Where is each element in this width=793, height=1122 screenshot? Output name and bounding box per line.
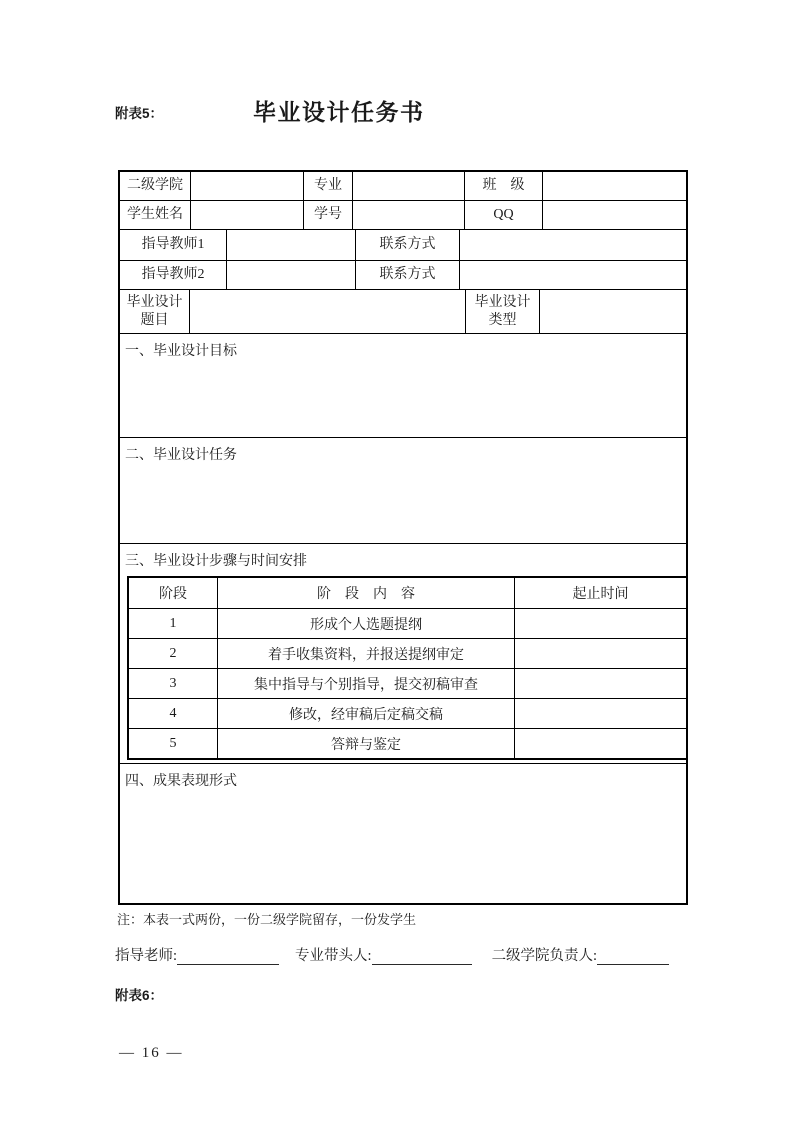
student-id-value — [352, 201, 464, 229]
major-value — [352, 172, 464, 200]
schedule-header-row: 阶段 阶 段 内 容 起止时间 — [129, 578, 686, 608]
next-appendix-label: 附表6： — [115, 984, 163, 1004]
qq-label: QQ — [464, 201, 542, 229]
stage-time — [514, 609, 686, 638]
stage-time — [514, 639, 686, 668]
contact2-value — [459, 261, 686, 289]
schedule-row-2: 2 着手收集资料，并报送提纲审定 — [129, 638, 686, 668]
advisor-signature-label: 指导老师: — [115, 944, 177, 965]
stage-number: 1 — [129, 609, 217, 638]
schedule-table: 阶段 阶 段 内 容 起止时间 1 形成个人选题提纲 2 着手收集资料，并报送提… — [127, 576, 688, 760]
advisor1-label: 指导教师1 — [120, 230, 226, 260]
college-label: 二级学院 — [120, 172, 190, 200]
stage-time — [514, 699, 686, 728]
stage-time — [514, 729, 686, 758]
stage-content: 答辩与鉴定 — [217, 729, 514, 758]
class-label: 班 级 — [464, 172, 542, 200]
section-result-title: 四、成果表现形式 — [125, 774, 237, 789]
section-goal-title: 一、毕业设计目标 — [125, 344, 237, 359]
qq-value — [542, 201, 686, 229]
task-form-table: 二级学院 专业 班 级 学生姓名 学号 QQ 指导教师1 联系方式 指导教师2 — [118, 170, 688, 905]
college-value — [190, 172, 303, 200]
schedule-header-content: 阶 段 内 容 — [217, 578, 514, 608]
contact1-value — [459, 230, 686, 260]
table-row-project: 毕业设计题目 毕业设计类型 — [120, 289, 686, 333]
schedule-row-3: 3 集中指导与个别指导，提交初稿审查 — [129, 668, 686, 698]
section-goal: 一、毕业设计目标 — [120, 333, 686, 437]
program-leader-signature-label: 专业带头人: — [295, 944, 372, 965]
class-value — [542, 172, 686, 200]
contact1-label: 联系方式 — [355, 230, 459, 260]
stage-content: 修改，经审稿后定稿交稿 — [217, 699, 514, 728]
table-row-advisor1: 指导教师1 联系方式 — [120, 229, 686, 260]
schedule-row-4: 4 修改，经审稿后定稿交稿 — [129, 698, 686, 728]
table-row-advisor2: 指导教师2 联系方式 — [120, 260, 686, 289]
stage-content: 集中指导与个别指导，提交初稿审查 — [217, 669, 514, 698]
stage-content: 着手收集资料，并报送提纲审定 — [217, 639, 514, 668]
advisor-signature-blank — [177, 949, 279, 965]
project-title-label: 毕业设计题目 — [120, 290, 189, 333]
advisor1-value — [226, 230, 355, 260]
schedule-row-1: 1 形成个人选题提纲 — [129, 608, 686, 638]
section-result: 四、成果表现形式 — [120, 763, 686, 903]
project-title-value — [189, 290, 465, 333]
signature-row: 指导老师: 专业带头人: 二级学院负责人: — [115, 944, 669, 965]
student-name-label: 学生姓名 — [120, 201, 190, 229]
student-name-value — [190, 201, 303, 229]
section-task: 二、毕业设计任务 — [120, 437, 686, 543]
page-title: 毕业设计任务书 — [253, 94, 425, 127]
student-id-label: 学号 — [303, 201, 352, 229]
appendix-label: 附表5： — [115, 102, 163, 122]
advisor2-value — [226, 261, 355, 289]
project-type-label: 毕业设计类型 — [465, 290, 539, 333]
college-head-signature-label: 二级学院负责人: — [492, 944, 598, 965]
schedule-header-time: 起止时间 — [514, 578, 686, 608]
section-task-title: 二、毕业设计任务 — [125, 448, 237, 463]
schedule-row-5: 5 答辩与鉴定 — [129, 728, 686, 758]
stage-content: 形成个人选题提纲 — [217, 609, 514, 638]
college-head-signature-blank — [597, 949, 669, 965]
contact2-label: 联系方式 — [355, 261, 459, 289]
schedule-header-stage: 阶段 — [129, 578, 217, 608]
stage-number: 3 — [129, 669, 217, 698]
stage-time — [514, 669, 686, 698]
advisor2-label: 指导教师2 — [120, 261, 226, 289]
stage-number: 5 — [129, 729, 217, 758]
section-schedule-title: 三、毕业设计步骤与时间安排 — [125, 554, 307, 569]
page-number: — 16 — — [119, 1045, 184, 1062]
stage-number: 4 — [129, 699, 217, 728]
stage-number: 2 — [129, 639, 217, 668]
table-row-student: 学生姓名 学号 QQ — [120, 200, 686, 229]
table-row-college: 二级学院 专业 班 级 — [120, 172, 686, 200]
project-type-value — [539, 290, 686, 333]
note-text: 注：本表一式两份，一份二级学院留存，一份发学生 — [117, 909, 416, 928]
program-leader-signature-blank — [372, 949, 472, 965]
document-page: 附表5： 毕业设计任务书 二级学院 专业 班 级 学生姓名 学号 QQ 指导教师… — [0, 0, 793, 1122]
major-label: 专业 — [303, 172, 352, 200]
section-schedule: 三、毕业设计步骤与时间安排 阶段 阶 段 内 容 起止时间 1 形成个人选题提纲… — [120, 543, 686, 763]
